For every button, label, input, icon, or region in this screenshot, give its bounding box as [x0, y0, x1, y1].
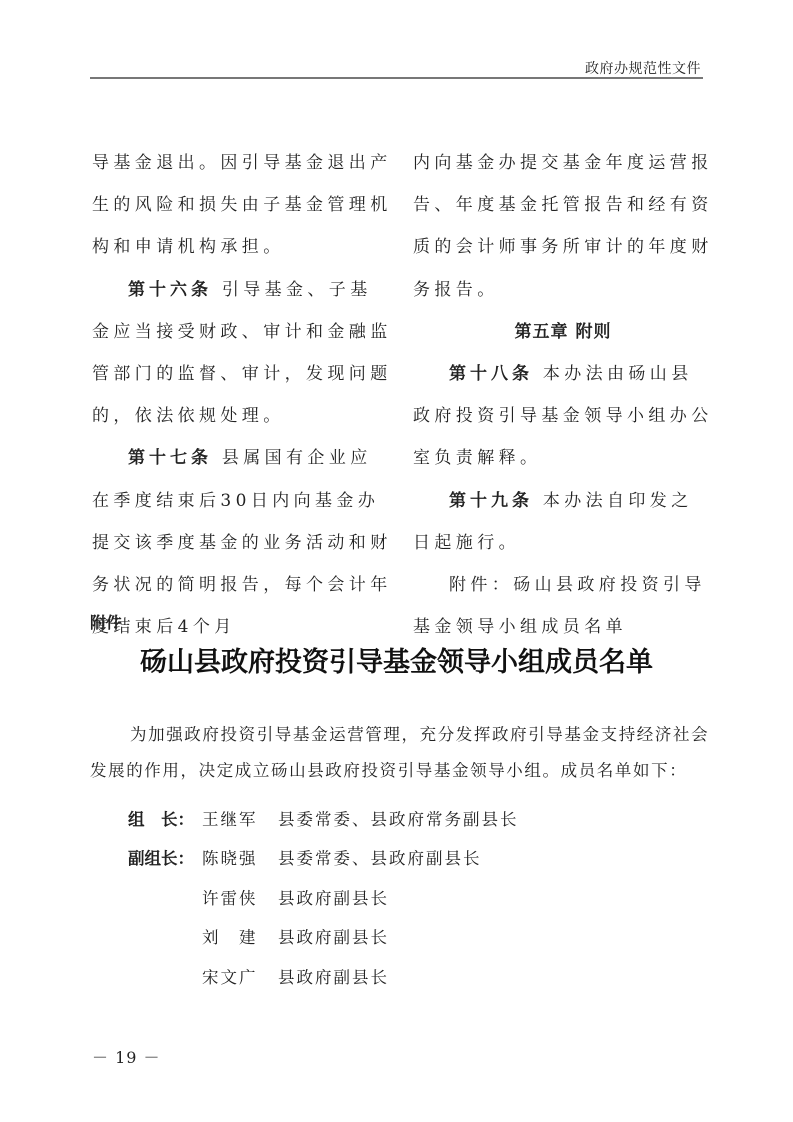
- member-role: 组 长：: [128, 806, 202, 830]
- member-title: 县委常委、县政府副县长: [278, 845, 482, 869]
- member-name: 宋文广: [202, 964, 278, 988]
- article-label: 第十八条: [449, 364, 533, 384]
- header-rule: [90, 77, 703, 79]
- member-row: 副组长： 陈晓强 县委常委、县政府副县长: [128, 838, 519, 878]
- member-row: 刘 建 县政府副县长: [128, 917, 519, 957]
- attachment-title: 砀山县政府投资引导基金领导小组成员名单: [0, 640, 793, 679]
- left-column: 导基金退出。因引导基金退出产生的风险和损失由子基金管理机构和申请机构承担。 第十…: [92, 142, 392, 648]
- member-name: 陈晓强: [202, 845, 278, 869]
- member-list: 组 长： 王继军 县委常委、县政府常务副县长 副组长： 陈晓强 县委常委、县政府…: [128, 798, 519, 996]
- member-title: 县政府副县长: [278, 924, 389, 948]
- article-text: 引导基金、子基金应当接受财政、审计和金融监管部门的监督、审计，发现问题的，依法依…: [92, 280, 392, 427]
- member-name: 刘 建: [202, 924, 278, 948]
- article-19: 第十九条 本办法自印发之日起施行。: [413, 480, 713, 564]
- intro-paragraph: 为加强政府投资引导基金运营管理，充分发挥政府引导基金支持经济社会发展的作用，决定…: [90, 717, 710, 789]
- attachment-label: 附件: [90, 610, 122, 633]
- article-18: 第十八条 本办法由砀山县政府投资引导基金领导小组办公室负责解释。: [413, 353, 713, 480]
- paragraph: 内向基金办提交基金年度运营报告、年度基金托管报告和经有资质的会计师事务所审计的年…: [413, 142, 713, 311]
- member-title: 县政府副县长: [278, 964, 389, 988]
- attachment-intro: 为加强政府投资引导基金运营管理，充分发挥政府引导基金支持经济社会发展的作用，决定…: [90, 717, 710, 789]
- member-row: 宋文广 县政府副县长: [128, 956, 519, 996]
- member-role: 副组长：: [128, 845, 202, 869]
- member-row: 许雷侠 县政府副县长: [128, 877, 519, 917]
- member-title: 县委常委、县政府常务副县长: [278, 806, 519, 830]
- article-label: 第十七条: [128, 448, 212, 468]
- member-title: 县政府副县长: [278, 885, 389, 909]
- attachment-note: 附件：砀山县政府投资引导基金领导小组成员名单: [413, 564, 713, 648]
- article-label: 第十九条: [449, 491, 533, 511]
- article-text: 县属国有企业应在季度结束后30日内向基金办提交该季度基金的业务活动和财务状况的简…: [92, 448, 392, 637]
- member-name: 许雷侠: [202, 885, 278, 909]
- chapter-heading: 第五章 附则: [413, 311, 713, 353]
- right-column: 内向基金办提交基金年度运营报告、年度基金托管报告和经有资质的会计师事务所审计的年…: [413, 142, 713, 648]
- article-label: 第十六条: [128, 280, 212, 300]
- header-title: 政府办规范性文件: [585, 58, 701, 78]
- member-row: 组 长： 王继军 县委常委、县政府常务副县长: [128, 798, 519, 838]
- member-name: 王继军: [202, 806, 278, 830]
- article-17: 第十七条 县属国有企业应在季度结束后30日内向基金办提交该季度基金的业务活动和财…: [92, 437, 392, 648]
- paragraph: 导基金退出。因引导基金退出产生的风险和损失由子基金管理机构和申请机构承担。: [92, 142, 392, 269]
- article-16: 第十六条 引导基金、子基金应当接受财政、审计和金融监管部门的监督、审计，发现问题…: [92, 269, 392, 438]
- page-number: － 19 －: [92, 1045, 161, 1068]
